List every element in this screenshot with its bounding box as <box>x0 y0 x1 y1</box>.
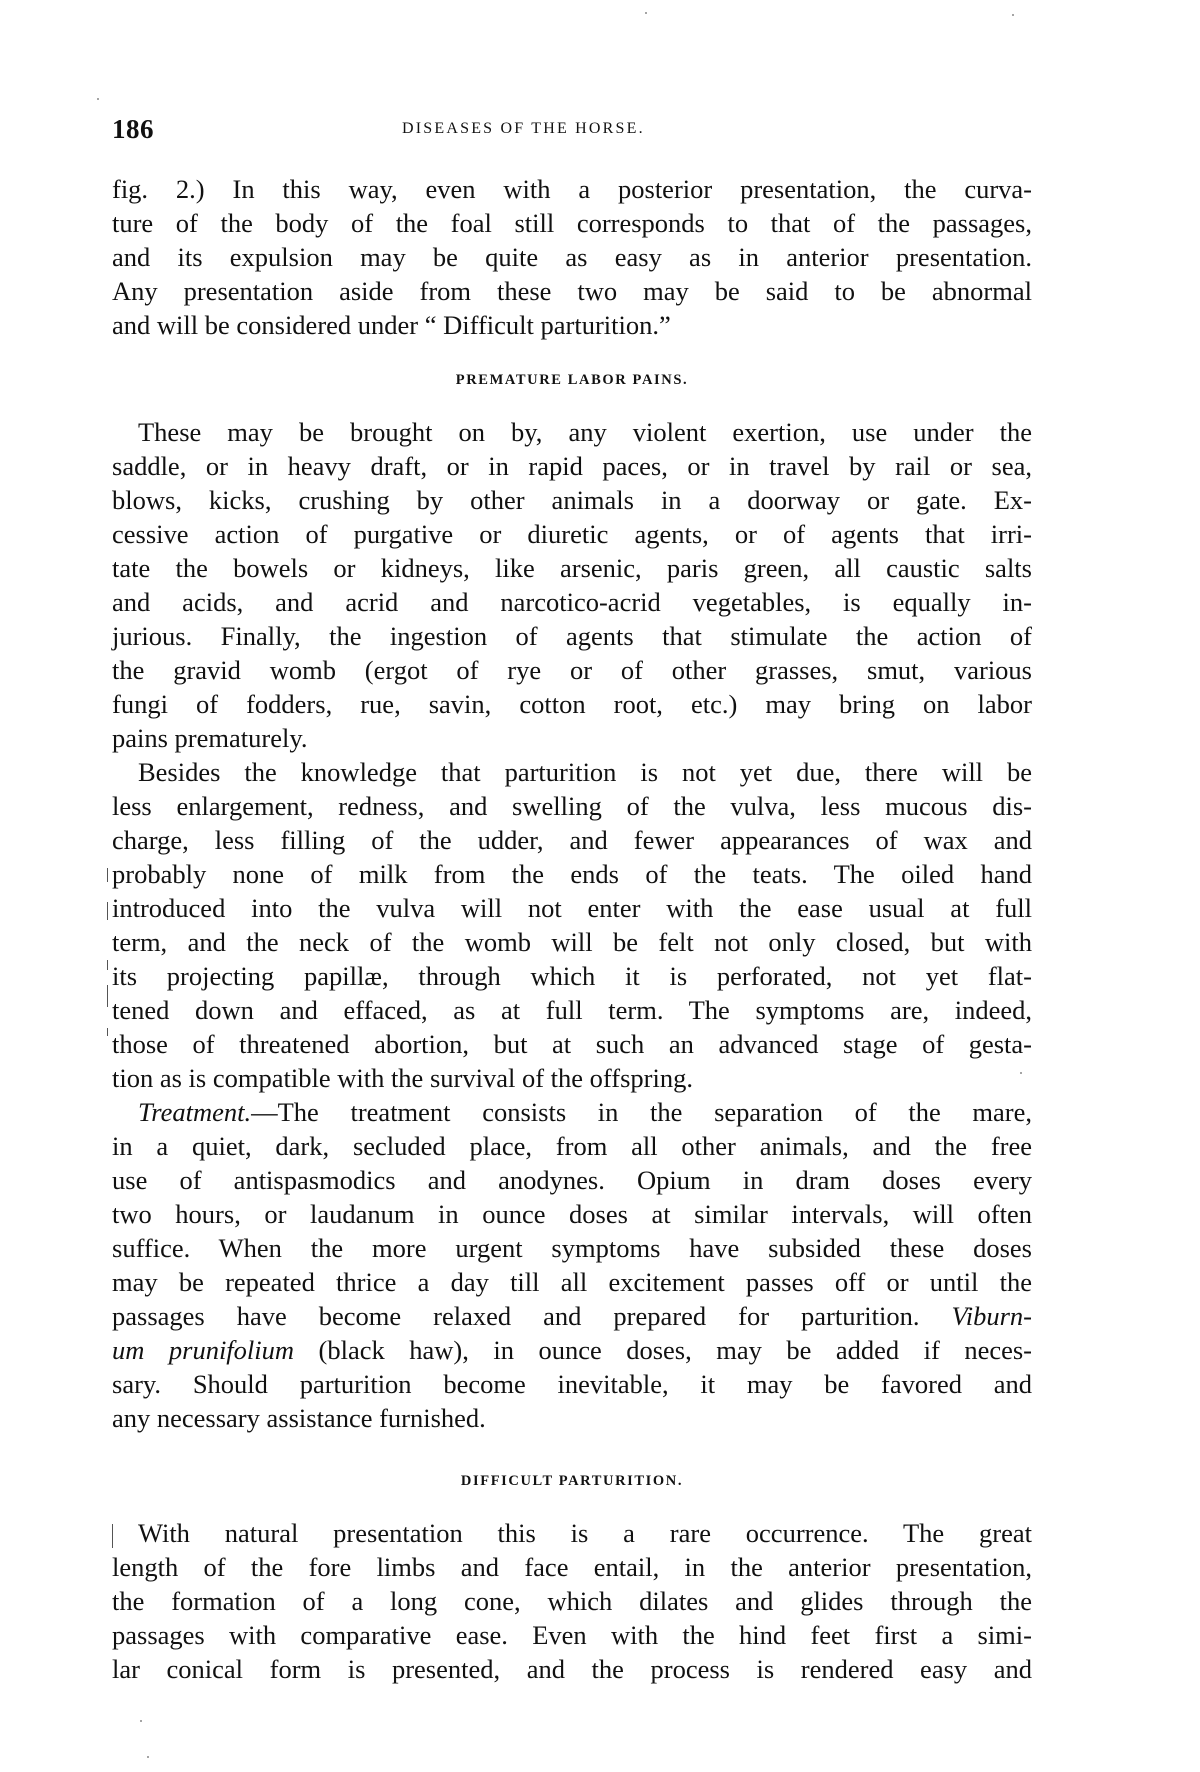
text-line: tion as is compatible with the survival … <box>112 1061 1032 1095</box>
text-line: and will be considered under “ Difficult… <box>112 308 1032 342</box>
margin-mark <box>107 985 108 1007</box>
text-line: may be repeated thrice a day till all ex… <box>112 1265 1032 1299</box>
text-line: introduced into the vulva will not enter… <box>112 891 1032 925</box>
text-line: With natural presentation this is a rare… <box>138 1516 1032 1550</box>
text-line: and its expulsion may be quite as easy a… <box>112 240 1032 274</box>
margin-mark <box>107 868 108 882</box>
text-line: and acids, and acrid and narcotico-acrid… <box>112 585 1032 619</box>
text-line: um prunifolium (black haw), in ounce dos… <box>112 1333 1032 1367</box>
scan-speck <box>140 1720 142 1722</box>
text-line: probably none of milk from the ends of t… <box>112 857 1032 891</box>
scan-speck <box>645 12 647 14</box>
text-line: pains prematurely. <box>112 721 1032 755</box>
text-run: passages have become relaxed and prepare… <box>112 1301 920 1331</box>
text-line: fungi of fodders, rue, savin, cotton roo… <box>112 687 1032 721</box>
text-line: These may be brought on by, any violent … <box>138 415 1032 449</box>
text-line: tate the bowels or kidneys, like arsenic… <box>112 551 1032 585</box>
text-line: fig. 2.) In this way, even with a poster… <box>112 172 1032 206</box>
text-line: charge, less filling of the udder, and f… <box>112 823 1032 857</box>
section-heading-premature-labor-pains: PREMATURE LABOR PAINS. <box>112 372 1032 389</box>
text-line: passages have become relaxed and prepare… <box>112 1299 1032 1333</box>
scan-speck <box>1012 14 1014 16</box>
running-title: DISEASES OF THE HORSE. <box>402 120 645 138</box>
treatment-label: Treatment. <box>138 1097 251 1127</box>
text-line: two hours, or laudanum in ounce doses at… <box>112 1197 1032 1231</box>
text-line: those of threatened abortion, but at suc… <box>112 1027 1032 1061</box>
text-line: any necessary assistance furnished. <box>112 1401 1032 1435</box>
scan-speck <box>97 98 99 100</box>
scan-speck <box>1020 1072 1022 1074</box>
text-line: less enlargement, redness, and swelling … <box>112 789 1032 823</box>
scan-speck <box>147 1756 149 1758</box>
margin-mark <box>107 1028 108 1036</box>
text-line: Besides the knowledge that parturition i… <box>138 755 1032 789</box>
margin-mark <box>107 960 108 970</box>
text-line: jurious. Finally, the ingestion of agent… <box>112 619 1032 653</box>
text-line: its projecting papillæ, through which it… <box>112 959 1032 993</box>
text-line: length of the fore limbs and face entail… <box>112 1550 1032 1584</box>
text-run: (black haw), in ounce doses, may be adde… <box>319 1335 1032 1365</box>
text-line: use of antispasmodics and anodynes. Opiu… <box>112 1163 1032 1197</box>
text-line: the formation of a long cone, which dila… <box>112 1584 1032 1618</box>
text-line: Treatment.—The treatment consists in the… <box>138 1095 1032 1129</box>
text-line: lar conical form is presented, and the p… <box>112 1652 1032 1686</box>
text-line: cessive action of purgative or diuretic … <box>112 517 1032 551</box>
text-line: the gravid womb (ergot of rye or of othe… <box>112 653 1032 687</box>
text-line: tened down and effaced, as at full term.… <box>112 993 1032 1027</box>
margin-mark <box>112 1524 113 1548</box>
margin-mark <box>107 902 108 920</box>
running-head: 186 DISEASES OF THE HORSE. <box>112 114 1032 146</box>
text-line: blows, kicks, crushing by other animals … <box>112 483 1032 517</box>
page-number: 186 <box>112 114 154 145</box>
text-run: —The treatment consists in the separatio… <box>251 1097 1032 1127</box>
book-page: 186 DISEASES OF THE HORSE. fig. 2.) In t… <box>0 0 1200 1772</box>
text-line: saddle, or in heavy draft, or in rapid p… <box>112 449 1032 483</box>
text-line: term, and the neck of the womb will be f… <box>112 925 1032 959</box>
latin-name: um prunifolium <box>112 1335 294 1365</box>
text-line: suffice. When the more urgent symptoms h… <box>112 1231 1032 1265</box>
text-line: passages with comparative ease. Even wit… <box>112 1618 1032 1652</box>
text-line: in a quiet, dark, secluded place, from a… <box>112 1129 1032 1163</box>
latin-name: Viburn- <box>952 1301 1032 1331</box>
text-line: sary. Should parturition become inevitab… <box>112 1367 1032 1401</box>
text-line: Any presentation aside from these two ma… <box>112 274 1032 308</box>
text-line: ture of the body of the foal still corre… <box>112 206 1032 240</box>
section-heading-difficult-parturition: DIFFICULT PARTURITION. <box>112 1473 1032 1490</box>
